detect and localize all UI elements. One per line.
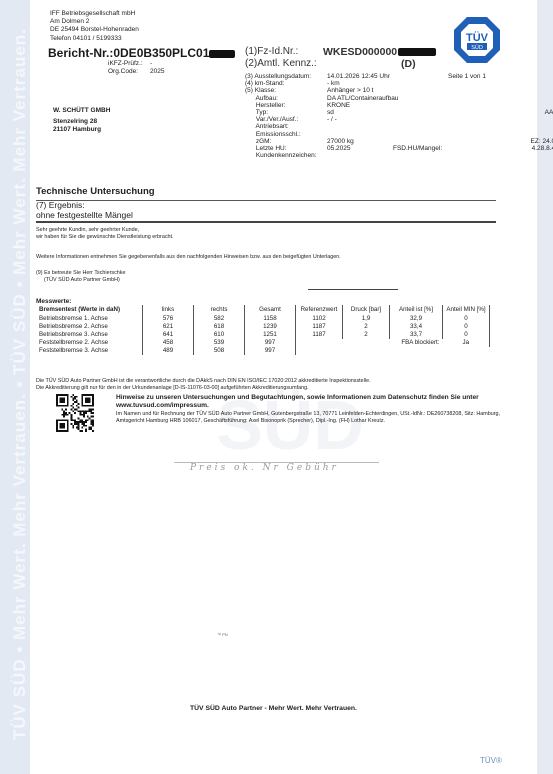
handwritten-note: Preis ok. Nr Gebühr bbox=[190, 463, 339, 473]
table-cell: 1187 bbox=[296, 322, 343, 330]
vehicle-detail-row: Typ:sdAAL00000 bbox=[245, 109, 553, 116]
column-header: Druck [bar] bbox=[343, 305, 390, 314]
vehicle-detail-row: Var./Ver./Ausf.:- / - bbox=[245, 116, 553, 123]
vehicle-detail-row: Emissionsschl.: bbox=[245, 131, 553, 138]
page-mark: ™ PN bbox=[217, 632, 228, 637]
vehicle-details: (3) Ausstellungsdatum:14.01.2026 12:45 U… bbox=[245, 73, 553, 159]
column-header: Referenzwert bbox=[296, 305, 343, 314]
vehicle-detail-row: Kundenkennzeichen: bbox=[245, 152, 553, 159]
issuer-phone: Telefon 04101 / 5199333 bbox=[50, 35, 139, 43]
accreditation-line-1: Die TÜV SÜD Auto Partner GmbH ist die ve… bbox=[36, 378, 371, 385]
legal-notice: Im Namen und für Rechnung der TÜV SÜD Au… bbox=[116, 411, 506, 425]
table-cell: 582 bbox=[194, 314, 245, 322]
ikfz-value: - bbox=[150, 60, 152, 67]
table-cell: Betriebsbremse 2. Achse bbox=[36, 322, 143, 330]
result-value: ohne festgestellte Mängel bbox=[36, 211, 133, 221]
vehicle-detail-row: Aufbau:DA ATL/ContaineraufbauDA08 bbox=[245, 95, 553, 102]
column-header: Anteil ist [%] bbox=[390, 305, 443, 314]
fba-label: FBA blockiert: bbox=[390, 339, 443, 347]
column-header: Bremsentest (Werte in daN) bbox=[36, 305, 143, 314]
footer-tuv-logo: TÜV® bbox=[480, 756, 502, 765]
issuer-name: IFF Betriebsgesellschaft mbH bbox=[50, 10, 139, 18]
vehicle-detail-row: Antriebsart: bbox=[245, 123, 553, 130]
notice-block: Hinweise zu unseren Untersuchungen und B… bbox=[116, 394, 506, 425]
signature-line bbox=[308, 289, 398, 290]
table-cell: 458 bbox=[143, 339, 194, 347]
report-meta-left: iKFZ-Prüfz.:- Org.Code:2025 bbox=[108, 60, 164, 76]
brake-test-table: Bremsentest (Werte in daN)linksrechtsGes… bbox=[36, 305, 490, 355]
table-row: Feststellbremse 2. Achse458539997FBA blo… bbox=[36, 339, 490, 347]
table-cell: 1,9 bbox=[343, 314, 390, 322]
report-number-label: Bericht-Nr.: bbox=[48, 46, 113, 60]
vehicle-detail-row: Hersteller:KRONE0747 bbox=[245, 102, 553, 109]
vehicle-id-block: (1)Fz-Id.Nr.: WKESD000000 (2)Amtl. Kennz… bbox=[245, 46, 445, 70]
column-header: links bbox=[143, 305, 194, 314]
table-cell: 2 bbox=[343, 330, 390, 338]
fzid-label: (1)Fz-Id.Nr.: bbox=[245, 46, 298, 57]
tuv-sud-logo-icon: TÜV SÜD bbox=[453, 16, 501, 64]
table-cell: 33,7 bbox=[390, 330, 443, 338]
fzid-value: WKESD000000 bbox=[323, 46, 397, 58]
detail-label: Kundenkennzeichen: bbox=[245, 152, 317, 160]
org-code-label: Org.Code: bbox=[108, 68, 150, 76]
table-cell: 1158 bbox=[245, 314, 296, 322]
svg-text:TÜV: TÜV bbox=[466, 31, 489, 44]
table-cell bbox=[296, 339, 343, 347]
vehicle-detail-row: Letzte HU:05.2025FSD.HU/Mangel:4.28.8.4/… bbox=[245, 145, 553, 152]
table-row: Betriebsbremse 2. Achse62161812391187233… bbox=[36, 322, 490, 330]
vehicle-detail-row: (5) Klasse:Anhänger > 10 tO4 bbox=[245, 87, 553, 94]
table-cell: 0 bbox=[443, 314, 490, 322]
customer-city: 21107 Hamburg bbox=[53, 126, 110, 134]
table-cell bbox=[296, 347, 343, 355]
inspector-company: (TÜV SÜD Auto Partner GmbH) bbox=[36, 277, 125, 284]
table-cell: Feststellbremse 3. Achse bbox=[36, 347, 143, 355]
greeting: Sehr geehrte Kundin, sehr geehrter Kunde… bbox=[36, 227, 174, 234]
table-cell: Betriebsbremse 3. Achse bbox=[36, 330, 143, 338]
table-cell: 33,4 bbox=[390, 322, 443, 330]
column-header: Anteil MIN [%] bbox=[443, 305, 490, 314]
table-cell bbox=[343, 339, 390, 347]
ikfz-label: iKFZ-Prüfz.: bbox=[108, 60, 150, 68]
table-row: Betriebsbremse 3. Achse64161012511187233… bbox=[36, 330, 490, 338]
fba-value: Ja bbox=[443, 339, 490, 347]
table-cell: 0 bbox=[443, 330, 490, 338]
table-cell: 1239 bbox=[245, 322, 296, 330]
table-cell: 576 bbox=[143, 314, 194, 322]
report-number: Bericht-Nr.:0DE0B350PLC01 bbox=[48, 46, 235, 60]
table-cell: 1251 bbox=[245, 330, 296, 338]
table-cell: 618 bbox=[194, 322, 245, 330]
customer-address: W. SCHÜTT GMBH Stenzelring 28 21107 Hamb… bbox=[53, 107, 110, 135]
inspector-name: (9) Es betreute Sie Herr Tschierschke bbox=[36, 270, 125, 277]
redaction-mark bbox=[209, 50, 235, 58]
org-code-value: 2025 bbox=[150, 68, 164, 75]
privacy-notice: Hinweise zu unseren Untersuchungen und B… bbox=[116, 394, 506, 410]
table-cell: 508 bbox=[194, 347, 245, 355]
table-cell: Feststellbremse 2. Achse bbox=[36, 339, 143, 347]
table-cell: 2 bbox=[343, 322, 390, 330]
kennz-label: (2)Amtl. Kennz.: bbox=[245, 58, 317, 69]
table-cell: 641 bbox=[143, 330, 194, 338]
vehicle-detail-row: (4) km-Stand:- km bbox=[245, 80, 553, 87]
column-header: Gesamt bbox=[245, 305, 296, 314]
slogan: TÜV SÜD Auto Partner - Mehr Wert. Mehr V… bbox=[190, 705, 357, 712]
accreditation-text: Die TÜV SÜD Auto Partner GmbH ist die ve… bbox=[36, 378, 371, 392]
watermark-sidebar: TÜV SÜD • Mehr Wert. Mehr Vertrauen. • T… bbox=[0, 0, 30, 774]
table-row: Feststellbremse 3. Achse489508997 bbox=[36, 347, 490, 355]
table-cell: 610 bbox=[194, 330, 245, 338]
table-row: Betriebsbremse 1. Achse576582115811021,9… bbox=[36, 314, 490, 322]
svg-text:SÜD: SÜD bbox=[471, 44, 483, 51]
column-header: rechts bbox=[194, 305, 245, 314]
table-cell bbox=[443, 347, 490, 355]
result-block: (7) Ergebnis: ohne festgestellte Mängel bbox=[36, 201, 133, 220]
accreditation-line-2: Die Akkreditierung gilt nur für den in d… bbox=[36, 385, 371, 392]
table-cell: 997 bbox=[245, 347, 296, 355]
customer-name: W. SCHÜTT GMBH bbox=[53, 107, 110, 115]
issuer-city: DE 25494 Borstel-Hohenraden bbox=[50, 26, 139, 34]
redaction-mark bbox=[398, 48, 436, 56]
table-cell: 1102 bbox=[296, 314, 343, 322]
table-cell: 997 bbox=[245, 339, 296, 347]
letter-text: Sehr geehrte Kundin, sehr geehrter Kunde… bbox=[36, 227, 174, 241]
fzid-value-wrap: WKESD000000 bbox=[323, 46, 436, 58]
table-cell: 489 bbox=[143, 347, 194, 355]
table-cell: 0 bbox=[443, 322, 490, 330]
qr-code-icon[interactable] bbox=[56, 394, 94, 432]
table-cell: 539 bbox=[194, 339, 245, 347]
table-cell: 32,9 bbox=[390, 314, 443, 322]
vehicle-detail-row: (3) Ausstellungsdatum:14.01.2026 12:45 U… bbox=[245, 73, 553, 80]
table-cell bbox=[390, 347, 443, 355]
further-info: Weitere Informationen entnehmen Sie gege… bbox=[36, 254, 341, 261]
table-cell: Betriebsbremse 1. Achse bbox=[36, 314, 143, 322]
vehicle-detail-row: zGM:27000 kgEZ: 24.05.2022 bbox=[245, 138, 553, 145]
customer-street: Stenzelring 28 bbox=[53, 118, 110, 126]
table-cell: 1187 bbox=[296, 330, 343, 338]
table-cell bbox=[343, 347, 390, 355]
sidebar-watermark-text: TÜV SÜD • Mehr Wert. Mehr Vertrauen. • T… bbox=[10, 40, 30, 740]
table-cell: 621 bbox=[143, 322, 194, 330]
section-title: Technische Untersuchung bbox=[36, 186, 155, 197]
issuer-address: IFF Betriebsgesellschaft mbH Am Dolmen 2… bbox=[50, 10, 139, 43]
report-number-value: 0DE0B350PLC01 bbox=[113, 46, 209, 60]
divider bbox=[36, 221, 496, 223]
inspector-info: (9) Es betreute Sie Herr Tschierschke (T… bbox=[36, 270, 125, 284]
kennz-value: (D) bbox=[401, 58, 416, 70]
issuer-street: Am Dolmen 2 bbox=[50, 18, 139, 26]
letter-body: wir haben für Sie die gewünschte Dienstl… bbox=[36, 234, 174, 241]
